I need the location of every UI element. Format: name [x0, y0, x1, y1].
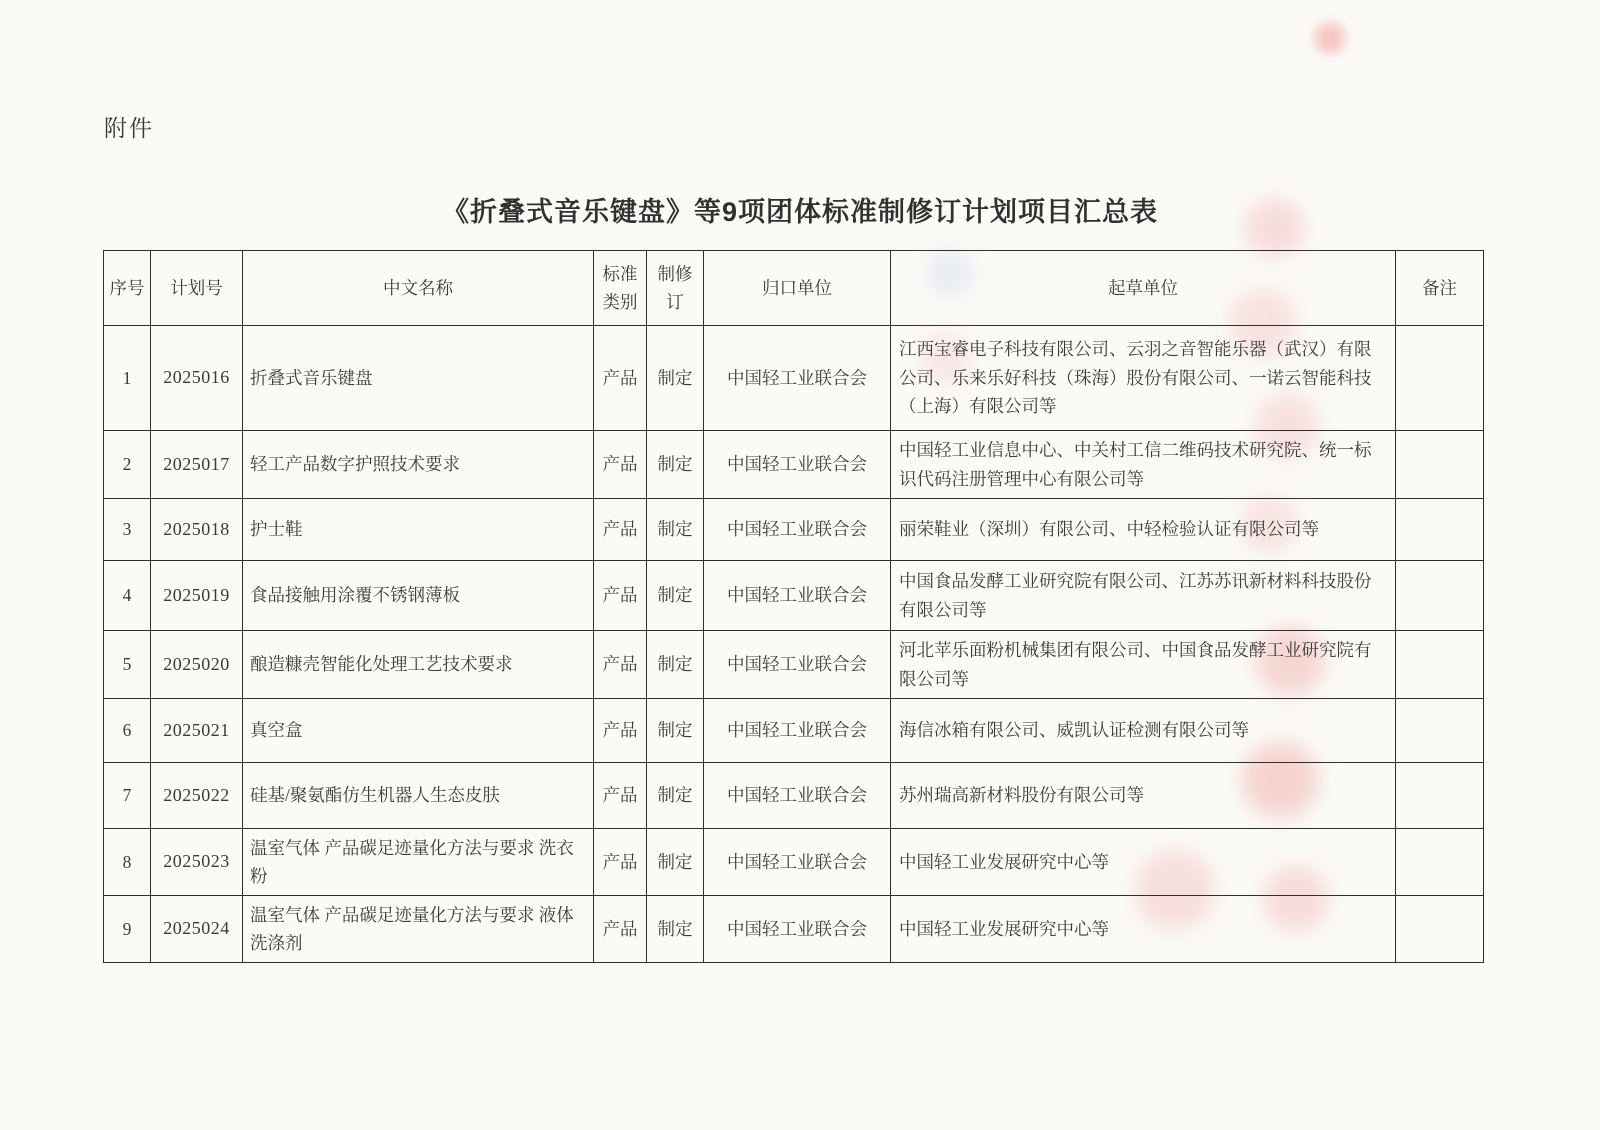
cell-drafting: 中国轻工业信息中心、中关村工信二维码技术研究院、统一标识代码注册管理中心有限公司… [891, 431, 1396, 499]
cell-drafting: 苏州瑞高新材料股份有限公司等 [891, 763, 1396, 829]
table-row: 12025016折叠式音乐键盘产品制定中国轻工业联合会江西宝睿电子科技有限公司、… [104, 326, 1484, 431]
cell-category: 产品 [594, 699, 647, 763]
cell-drafting: 中国轻工业发展研究中心等 [891, 896, 1396, 963]
cell-index: 8 [104, 829, 151, 896]
cell-name: 温室气体 产品碳足迹量化方法与要求 液体洗涤剂 [243, 896, 594, 963]
table-row: 62025021真空盒产品制定中国轻工业联合会海信冰箱有限公司、威凯认证检测有限… [104, 699, 1484, 763]
table-header-row: 序号 计划号 中文名称 标准类别 制修订 归口单位 起草单位 备注 [104, 251, 1484, 326]
header-category: 标准类别 [594, 251, 647, 326]
cell-revision: 制定 [647, 326, 704, 431]
red-ink-speck [1300, 8, 1360, 68]
cell-authority: 中国轻工业联合会 [704, 431, 891, 499]
table-row: 82025023温室气体 产品碳足迹量化方法与要求 洗衣粉产品制定中国轻工业联合… [104, 829, 1484, 896]
cell-revision: 制定 [647, 499, 704, 561]
cell-index: 2 [104, 431, 151, 499]
cell-revision: 制定 [647, 699, 704, 763]
cell-index: 1 [104, 326, 151, 431]
cell-index: 4 [104, 561, 151, 631]
cell-remark [1396, 896, 1484, 963]
table-row: 92025024温室气体 产品碳足迹量化方法与要求 液体洗涤剂产品制定中国轻工业… [104, 896, 1484, 963]
header-authority: 归口单位 [704, 251, 891, 326]
cell-remark [1396, 561, 1484, 631]
cell-plan_no: 2025019 [151, 561, 243, 631]
cell-name: 温室气体 产品碳足迹量化方法与要求 洗衣粉 [243, 829, 594, 896]
cell-name: 酿造糠壳智能化处理工艺技术要求 [243, 631, 594, 699]
table-row: 52025020酿造糠壳智能化处理工艺技术要求产品制定中国轻工业联合会河北苹乐面… [104, 631, 1484, 699]
cell-category: 产品 [594, 326, 647, 431]
cell-remark [1396, 499, 1484, 561]
cell-name: 硅基/聚氨酯仿生机器人生态皮肤 [243, 763, 594, 829]
header-revision: 制修订 [647, 251, 704, 326]
cell-authority: 中国轻工业联合会 [704, 896, 891, 963]
cell-drafting: 河北苹乐面粉机械集团有限公司、中国食品发酵工业研究院有限公司等 [891, 631, 1396, 699]
cell-authority: 中国轻工业联合会 [704, 561, 891, 631]
cell-category: 产品 [594, 896, 647, 963]
cell-category: 产品 [594, 631, 647, 699]
cell-plan_no: 2025017 [151, 431, 243, 499]
cell-index: 9 [104, 896, 151, 963]
table-row: 22025017轻工产品数字护照技术要求产品制定中国轻工业联合会中国轻工业信息中… [104, 431, 1484, 499]
cell-revision: 制定 [647, 631, 704, 699]
cell-category: 产品 [594, 431, 647, 499]
cell-drafting: 丽荣鞋业（深圳）有限公司、中轻检验认证有限公司等 [891, 499, 1396, 561]
cell-drafting: 中国轻工业发展研究中心等 [891, 829, 1396, 896]
cell-authority: 中国轻工业联合会 [704, 763, 891, 829]
table-header: 序号 计划号 中文名称 标准类别 制修订 归口单位 起草单位 备注 [104, 251, 1484, 326]
cell-category: 产品 [594, 561, 647, 631]
page-title: 《折叠式音乐键盘》等9项团体标准制修订计划项目汇总表 [0, 190, 1600, 229]
header-plan-no: 计划号 [151, 251, 243, 326]
table-row: 72025022硅基/聚氨酯仿生机器人生态皮肤产品制定中国轻工业联合会苏州瑞高新… [104, 763, 1484, 829]
cell-index: 3 [104, 499, 151, 561]
cell-revision: 制定 [647, 763, 704, 829]
header-remark: 备注 [1396, 251, 1484, 326]
cell-remark [1396, 763, 1484, 829]
cell-category: 产品 [594, 763, 647, 829]
cell-drafting: 中国食品发酵工业研究院有限公司、江苏苏讯新材料科技股份有限公司等 [891, 561, 1396, 631]
cell-index: 6 [104, 699, 151, 763]
cell-authority: 中国轻工业联合会 [704, 499, 891, 561]
header-index: 序号 [104, 251, 151, 326]
cell-index: 5 [104, 631, 151, 699]
header-name: 中文名称 [243, 251, 594, 326]
cell-category: 产品 [594, 499, 647, 561]
cell-remark [1396, 431, 1484, 499]
cell-index: 7 [104, 763, 151, 829]
cell-plan_no: 2025016 [151, 326, 243, 431]
cell-authority: 中国轻工业联合会 [704, 829, 891, 896]
cell-category: 产品 [594, 829, 647, 896]
cell-name: 真空盒 [243, 699, 594, 763]
cell-name: 护士鞋 [243, 499, 594, 561]
cell-name: 食品接触用涂覆不锈钢薄板 [243, 561, 594, 631]
attachment-label: 附件 [104, 110, 154, 143]
cell-remark [1396, 326, 1484, 431]
cell-plan_no: 2025021 [151, 699, 243, 763]
cell-authority: 中国轻工业联合会 [704, 631, 891, 699]
cell-authority: 中国轻工业联合会 [704, 699, 891, 763]
table-row: 32025018护士鞋产品制定中国轻工业联合会丽荣鞋业（深圳）有限公司、中轻检验… [104, 499, 1484, 561]
cell-plan_no: 2025018 [151, 499, 243, 561]
cell-revision: 制定 [647, 829, 704, 896]
cell-revision: 制定 [647, 561, 704, 631]
cell-remark [1396, 829, 1484, 896]
header-drafting: 起草单位 [891, 251, 1396, 326]
cell-plan_no: 2025022 [151, 763, 243, 829]
cell-name: 折叠式音乐键盘 [243, 326, 594, 431]
cell-authority: 中国轻工业联合会 [704, 326, 891, 431]
cell-plan_no: 2025023 [151, 829, 243, 896]
cell-revision: 制定 [647, 431, 704, 499]
cell-plan_no: 2025020 [151, 631, 243, 699]
standards-summary-table: 序号 计划号 中文名称 标准类别 制修订 归口单位 起草单位 备注 120250… [103, 250, 1484, 963]
cell-name: 轻工产品数字护照技术要求 [243, 431, 594, 499]
table-row: 42025019食品接触用涂覆不锈钢薄板产品制定中国轻工业联合会中国食品发酵工业… [104, 561, 1484, 631]
cell-remark [1396, 699, 1484, 763]
cell-plan_no: 2025024 [151, 896, 243, 963]
cell-drafting: 江西宝睿电子科技有限公司、云羽之音智能乐器（武汉）有限公司、乐来乐好科技（珠海）… [891, 326, 1396, 431]
cell-revision: 制定 [647, 896, 704, 963]
cell-drafting: 海信冰箱有限公司、威凯认证检测有限公司等 [891, 699, 1396, 763]
table-body: 12025016折叠式音乐键盘产品制定中国轻工业联合会江西宝睿电子科技有限公司、… [104, 326, 1484, 963]
cell-remark [1396, 631, 1484, 699]
